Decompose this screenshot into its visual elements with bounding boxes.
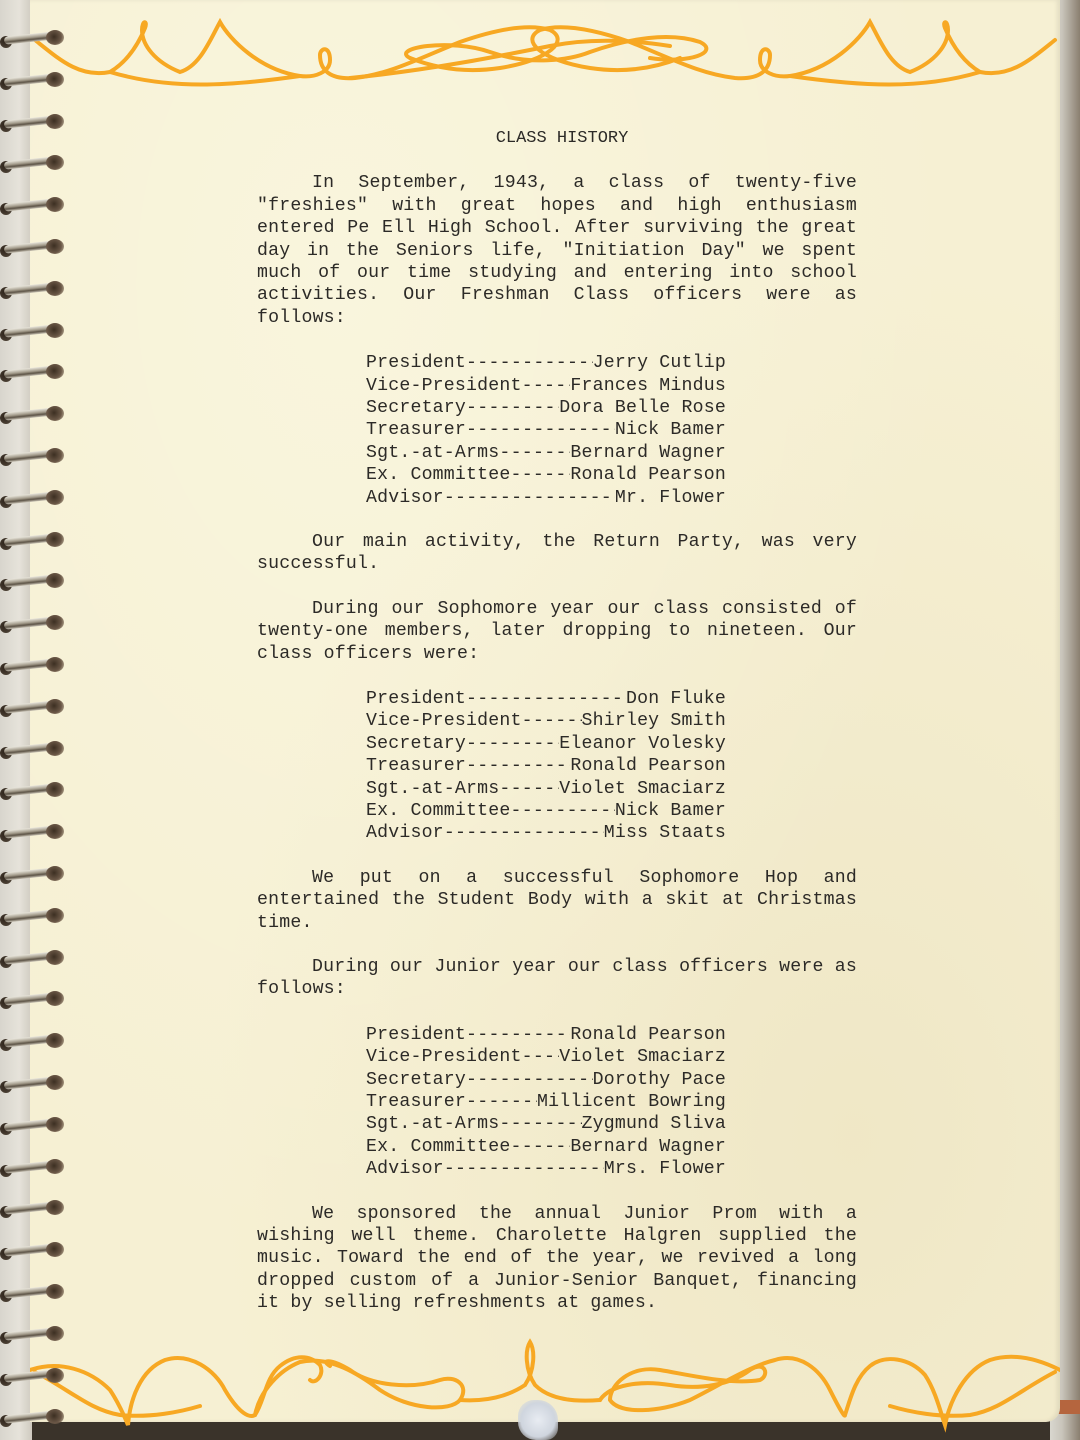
officer-role: Treasurer [366, 755, 466, 777]
officer-name: Ronald Pearson [570, 464, 726, 486]
paragraph-text: We sponsored the annual Junior Prom with… [257, 1204, 857, 1314]
officer-name: Bernard Wagner [570, 1136, 726, 1158]
paper-tear-mark [518, 1400, 558, 1440]
paragraph-text: In September, 1943, a class of twenty-fi… [257, 173, 857, 327]
dash-leader [522, 375, 571, 397]
officer-row: SecretaryDora Belle Rose [366, 397, 726, 419]
dash-leader [466, 352, 593, 374]
officer-name: Violet Smaciarz [559, 778, 726, 800]
officer-row: Ex. CommitteeNick Bamer [366, 800, 726, 822]
officer-role: Vice-President [366, 1046, 522, 1068]
officer-name: Eleanor Volesky [559, 733, 726, 755]
officer-role: President [366, 1024, 466, 1046]
dash-leader [444, 822, 604, 844]
officer-role: Sgt.-at-Arms [366, 1113, 499, 1135]
officer-row: Vice-PresidentShirley Smith [366, 710, 726, 732]
sophomore-officers-list: PresidentDon FlukeVice-PresidentShirley … [366, 688, 726, 845]
officer-role: Ex. Committee [366, 800, 511, 822]
officer-role: Advisor [366, 822, 444, 844]
paragraph-freshman-intro: In September, 1943, a class of twenty-fi… [257, 172, 857, 329]
officer-row: Ex. CommitteeBernard Wagner [366, 1136, 726, 1158]
officer-row: AdvisorMiss Staats [366, 822, 726, 844]
paragraph-sophomore-intro: During our Sophomore year our class cons… [257, 598, 857, 665]
officer-name: Nick Bamer [615, 419, 726, 441]
officer-name: Dorothy Pace [593, 1069, 726, 1091]
officer-role: Ex. Committee [366, 464, 511, 486]
officer-name: Millicent Bowring [537, 1091, 726, 1113]
dash-leader [466, 1069, 593, 1091]
officer-role: Treasurer [366, 1091, 466, 1113]
dash-leader [466, 733, 559, 755]
dash-leader [499, 1113, 581, 1135]
paragraph-sophomore-hop: We put on a successful Sophomore Hop and… [257, 867, 857, 934]
paragraph-text: We put on a successful Sophomore Hop and… [257, 868, 857, 933]
officer-name: Jerry Cutlip [593, 352, 726, 374]
officer-row: SecretaryDorothy Pace [366, 1069, 726, 1091]
officer-row: Sgt.-at-ArmsBernard Wagner [366, 442, 726, 464]
officer-row: Sgt.-at-ArmsZygmund Sliva [366, 1113, 726, 1135]
dash-leader [466, 755, 570, 777]
officer-name: Bernard Wagner [570, 442, 726, 464]
dash-leader [466, 1024, 570, 1046]
officer-name: Ronald Pearson [570, 755, 726, 777]
dash-leader [466, 419, 615, 441]
officer-name: Mrs. Flower [604, 1158, 726, 1180]
dash-leader [522, 1046, 560, 1068]
dash-leader [466, 397, 559, 419]
officer-row: Ex. CommitteeRonald Pearson [366, 464, 726, 486]
dash-leader [511, 464, 571, 486]
officer-name: Violet Smaciarz [559, 1046, 726, 1068]
officer-role: President [366, 688, 466, 710]
officer-row: TreasurerRonald Pearson [366, 755, 726, 777]
officer-role: Sgt.-at-Arms [366, 778, 499, 800]
officer-role: Secretary [366, 1069, 466, 1091]
officer-name: Dora Belle Rose [559, 397, 726, 419]
top-flourish-border [30, 0, 1060, 110]
officer-name: Ronald Pearson [570, 1024, 726, 1046]
binding-strip [0, 0, 32, 1440]
officer-role: Advisor [366, 1158, 444, 1180]
officer-name: Zygmund Sliva [582, 1113, 727, 1135]
paragraph-text: During our Junior year our class officer… [257, 957, 857, 999]
paragraph-junior-prom: We sponsored the annual Junior Prom with… [257, 1203, 857, 1315]
officer-row: PresidentJerry Cutlip [366, 352, 726, 374]
officer-name: Miss Staats [604, 822, 726, 844]
officer-name: Frances Mindus [570, 375, 726, 397]
officer-role: Vice-President [366, 710, 522, 732]
paragraph-text: During our Sophomore year our class cons… [257, 599, 857, 664]
officer-role: Ex. Committee [366, 1136, 511, 1158]
officer-name: Shirley Smith [582, 710, 727, 732]
page-tab [1058, 1400, 1080, 1414]
officer-role: Treasurer [366, 419, 466, 441]
officer-role: Secretary [366, 397, 466, 419]
dash-leader [511, 1136, 571, 1158]
freshman-officers-list: PresidentJerry CutlipVice-PresidentFranc… [366, 352, 726, 509]
officer-role: Advisor [366, 487, 444, 509]
officer-name: Nick Bamer [615, 800, 726, 822]
officer-row: TreasurerMillicent Bowring [366, 1091, 726, 1113]
officer-role: Sgt.-at-Arms [366, 442, 499, 464]
officer-role: President [366, 352, 466, 374]
officer-role: Secretary [366, 733, 466, 755]
dash-leader [511, 800, 615, 822]
dash-leader [444, 487, 615, 509]
officer-name: Don Fluke [626, 688, 726, 710]
dash-leader [499, 778, 559, 800]
dash-leader [522, 710, 582, 732]
paragraph-text: Our main activity, the Return Party, was… [257, 532, 857, 574]
officer-row: TreasurerNick Bamer [366, 419, 726, 441]
officer-row: Vice-PresidentViolet Smaciarz [366, 1046, 726, 1068]
dash-leader [499, 442, 570, 464]
class-history-document: CLASS HISTORY In September, 1943, a clas… [257, 128, 857, 1315]
officer-row: Sgt.-at-ArmsViolet Smaciarz [366, 778, 726, 800]
dash-leader [466, 688, 626, 710]
paragraph-return-party: Our main activity, the Return Party, was… [257, 531, 857, 576]
officer-name: Mr. Flower [615, 487, 726, 509]
dash-leader [466, 1091, 537, 1113]
officer-row: SecretaryEleanor Volesky [366, 733, 726, 755]
officer-row: Vice-PresidentFrances Mindus [366, 375, 726, 397]
page-title: CLASS HISTORY [257, 128, 857, 150]
officer-row: PresidentDon Fluke [366, 688, 726, 710]
officer-role: Vice-President [366, 375, 522, 397]
dash-leader [444, 1158, 604, 1180]
officer-row: PresidentRonald Pearson [366, 1024, 726, 1046]
paragraph-junior-intro: During our Junior year our class officer… [257, 956, 857, 1001]
officer-row: AdvisorMr. Flower [366, 487, 726, 509]
junior-officers-list: PresidentRonald PearsonVice-PresidentVio… [366, 1024, 726, 1181]
officer-row: AdvisorMrs. Flower [366, 1158, 726, 1180]
